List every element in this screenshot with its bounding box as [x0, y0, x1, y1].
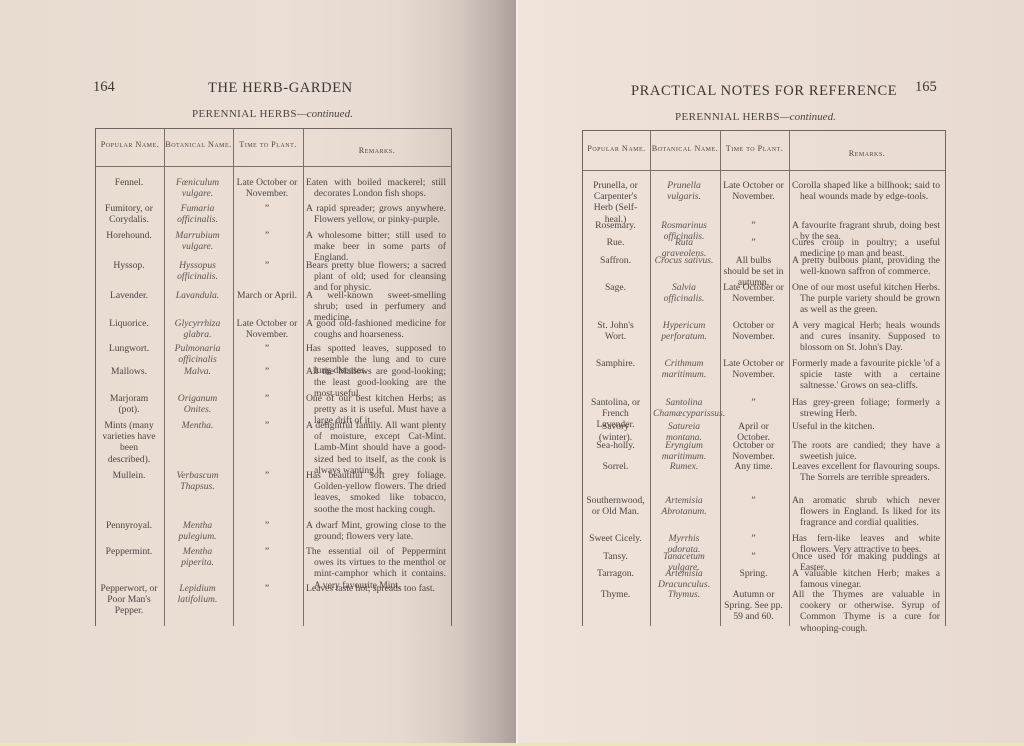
time-to-plant-cell: Autumn or Spring. See pp. 59 and 60. — [723, 589, 784, 623]
popular-name-cell: Sea-holly. — [586, 440, 645, 451]
popular-name-cell: Mallows. — [99, 366, 159, 377]
popular-name-cell: Pepperwort, or Poor Man's Pepper. — [99, 583, 159, 617]
remarks-cell: Corolla shaped like a billhook; said to … — [792, 180, 940, 202]
remarks-cell: Has grey-green foliage; formerly a strew… — [792, 397, 940, 419]
time-to-plant-cell: Late October or November. — [723, 358, 784, 380]
popular-name-cell: Horehound. — [99, 230, 159, 241]
time-to-plant-cell: Late October or November. — [236, 318, 298, 340]
remarks-cell: Useful in the kitchen. — [792, 421, 940, 432]
popular-name-cell: Tansy. — [586, 551, 645, 562]
time-to-plant-cell: March or April. — [236, 290, 298, 301]
popular-name-cell: Sage. — [586, 282, 645, 293]
time-to-plant-cell: ” — [723, 220, 784, 231]
time-to-plant-cell: ” — [723, 551, 784, 562]
time-to-plant-cell: October or November. — [723, 440, 784, 462]
section-title-text: PERENNIAL HERBS — [675, 111, 780, 123]
botanical-name-cell: Verbascum Thapsus. — [167, 470, 228, 492]
remarks-cell: A pretty bulbous plant, providing the we… — [792, 255, 940, 277]
popular-name-cell: St. John's Wort. — [586, 320, 645, 342]
popular-name-cell: Fumitory, or Corydalis. — [99, 203, 159, 225]
popular-name-cell: Lavender. — [99, 290, 159, 301]
popular-name-cell: Liquorice. — [99, 318, 159, 329]
time-to-plant-cell: Any time. — [723, 461, 784, 472]
header-time-to-plant: Time to Plant. — [233, 139, 303, 150]
botanical-name-cell: Fœniculum vulgare. — [167, 177, 228, 199]
time-to-plant-cell: Late October or November. — [723, 282, 784, 304]
popular-name-cell: Fennel. — [99, 177, 159, 188]
botanical-name-cell: Santolina Chamæcyparissus. — [653, 397, 715, 419]
section-suffix: —continued. — [297, 108, 353, 120]
remarks-cell: A delightful family. All want plenty of … — [306, 420, 446, 476]
time-to-plant-cell: ” — [236, 583, 298, 594]
time-to-plant-cell: ” — [723, 237, 784, 248]
popular-name-cell: Prunella, or Carpenter's Herb (Self-heal… — [586, 180, 645, 225]
popular-name-cell: Hyssop. — [99, 260, 159, 271]
time-to-plant-cell: ” — [236, 420, 298, 431]
popular-name-cell: Rue. — [586, 237, 645, 248]
header-botanical-name: Botanical Name. — [164, 139, 233, 150]
time-to-plant-cell: ” — [236, 230, 298, 241]
remarks-cell: A rapid spreader; grows anywhere. Flower… — [306, 203, 446, 225]
botanical-name-cell: Mentha piperita. — [167, 546, 228, 568]
botanical-name-cell: Glycyrrhiza glabra. — [167, 318, 228, 340]
column-divider — [303, 129, 304, 626]
column-divider — [720, 131, 721, 626]
header-rule — [583, 170, 945, 171]
botanical-name-cell: Malva. — [167, 366, 228, 377]
popular-name-cell: Peppermint. — [99, 546, 159, 557]
popular-name-cell: Samphire. — [586, 358, 645, 369]
popular-name-cell: Sorrel. — [586, 461, 645, 472]
remarks-cell: A valuable kitchen Herb; makes a famous … — [792, 568, 940, 590]
popular-name-cell: Rosemary. — [586, 220, 645, 231]
popular-name-cell: Saffron. — [586, 255, 645, 266]
botanical-name-cell: Hypericum perforatum. — [653, 320, 715, 342]
popular-name-cell: Mints (many varieties have been describe… — [99, 420, 159, 465]
header-rule — [96, 166, 451, 167]
botanical-name-cell: Eryngium maritimum. — [653, 440, 715, 462]
time-to-plant-cell: October or November. — [723, 320, 784, 342]
time-to-plant-cell: Late October or November. — [723, 180, 784, 202]
time-to-plant-cell: ” — [236, 470, 298, 481]
botanical-name-cell: Lepidium latifolium. — [167, 583, 228, 605]
time-to-plant-cell: ” — [723, 533, 784, 544]
botanical-name-cell: Crocus sativus. — [653, 255, 715, 266]
botanical-name-cell: Fumaria officinalis. — [167, 203, 228, 225]
botanical-name-cell: Artemisia Abrotanum. — [653, 495, 715, 517]
time-to-plant-cell: ” — [236, 343, 298, 354]
header-time-to-plant: Time to Plant. — [720, 143, 789, 154]
botanical-name-cell: Mentha pulegium. — [167, 520, 228, 542]
remarks-cell: Bears pretty blue flowers; a sacred plan… — [306, 260, 446, 294]
time-to-plant-cell: ” — [236, 393, 298, 404]
remarks-cell: Leaves taste hot; spreads too fast. — [306, 583, 446, 594]
header-popular-name: Popular Name. — [583, 143, 650, 154]
popular-name-cell: Thyme. — [586, 589, 645, 600]
time-to-plant-cell: ” — [236, 203, 298, 214]
remarks-cell: Has beautiful soft grey foliage. Golden-… — [306, 470, 446, 515]
botanical-name-cell: Mentha. — [167, 420, 228, 431]
header-remarks: Remarks. — [303, 145, 451, 156]
time-to-plant-cell: ” — [236, 260, 298, 271]
botanical-name-cell: Marrubium vulgare. — [167, 230, 228, 252]
book-gutter — [516, 0, 518, 746]
botanical-name-cell: Thymus. — [653, 589, 715, 600]
popular-name-cell: Southernwood, or Old Man. — [586, 495, 645, 517]
time-to-plant-cell: ” — [236, 520, 298, 531]
section-title-text: PERENNIAL HERBS — [192, 108, 297, 120]
running-head-right: PRACTICAL NOTES FOR REFERENCE — [631, 83, 897, 100]
section-title-right: PERENNIAL HERBS—continued. — [675, 111, 836, 123]
botanical-name-cell: Artemisia Dracunculus. — [653, 568, 715, 590]
section-title-left: PERENNIAL HERBS—continued. — [192, 108, 353, 120]
remarks-cell: An aromatic shrub which never flowers in… — [792, 495, 940, 529]
botanical-name-cell: Crithmum maritimum. — [653, 358, 715, 380]
remarks-cell: Leaves excellent for flavouring soups. T… — [792, 461, 940, 483]
column-divider — [233, 129, 234, 626]
popular-name-cell: Tarragon. — [586, 568, 645, 579]
remarks-cell: All the Thymes are valuable in cookery o… — [792, 589, 940, 634]
page-number-left: 164 — [93, 79, 115, 96]
column-divider — [789, 131, 790, 626]
remarks-cell: A dwarf Mint, growing close to the groun… — [306, 520, 446, 542]
remarks-cell: Eaten with boiled mackerel; still decora… — [306, 177, 446, 199]
section-suffix: —continued. — [780, 111, 836, 123]
header-popular-name: Popular Name. — [96, 139, 164, 150]
page-number-right: 165 — [915, 79, 937, 96]
remarks-cell: A good old-fashioned medicine for coughs… — [306, 318, 446, 340]
time-to-plant-cell: ” — [236, 546, 298, 557]
time-to-plant-cell: ” — [723, 495, 784, 506]
time-to-plant-cell: Spring. — [723, 568, 784, 579]
header-remarks: Remarks. — [789, 148, 945, 159]
remarks-cell: A wholesome bitter; still used to make b… — [306, 230, 446, 264]
column-divider — [164, 129, 165, 626]
botanical-name-cell: Lavandula. — [167, 290, 228, 301]
remarks-cell: Formerly made a favourite pickle 'of a s… — [792, 358, 940, 392]
botanical-name-cell: Rumex. — [653, 461, 715, 472]
time-to-plant-cell: ” — [236, 366, 298, 377]
remarks-cell: The roots are candied; they have a sweet… — [792, 440, 940, 462]
column-divider — [650, 131, 651, 626]
remarks-cell: One of our most useful kitchen Herbs. Th… — [792, 282, 940, 316]
time-to-plant-cell: ” — [723, 397, 784, 408]
remarks-cell: A very magical Herb; heals wounds and cu… — [792, 320, 940, 354]
botanical-name-cell: Pulmonaria officinalis — [167, 343, 228, 365]
popular-name-cell: Mullein. — [99, 470, 159, 481]
popular-name-cell: Pennyroyal. — [99, 520, 159, 531]
time-to-plant-cell: Late October or November. — [236, 177, 298, 199]
botanical-name-cell: Origanum Onites. — [167, 393, 228, 415]
botanical-name-cell: Prunella vulgaris. — [653, 180, 715, 202]
botanical-name-cell: Salvia officinalis. — [653, 282, 715, 304]
popular-name-cell: Sweet Cicely. — [586, 533, 645, 544]
running-head-left: THE HERB-GARDEN — [208, 80, 353, 97]
popular-name-cell: Lungwort. — [99, 343, 159, 354]
popular-name-cell: Marjoram (pot). — [99, 393, 159, 415]
header-botanical-name: Botanical Name. — [650, 143, 720, 154]
botanical-name-cell: Hyssopus officinalis. — [167, 260, 228, 282]
